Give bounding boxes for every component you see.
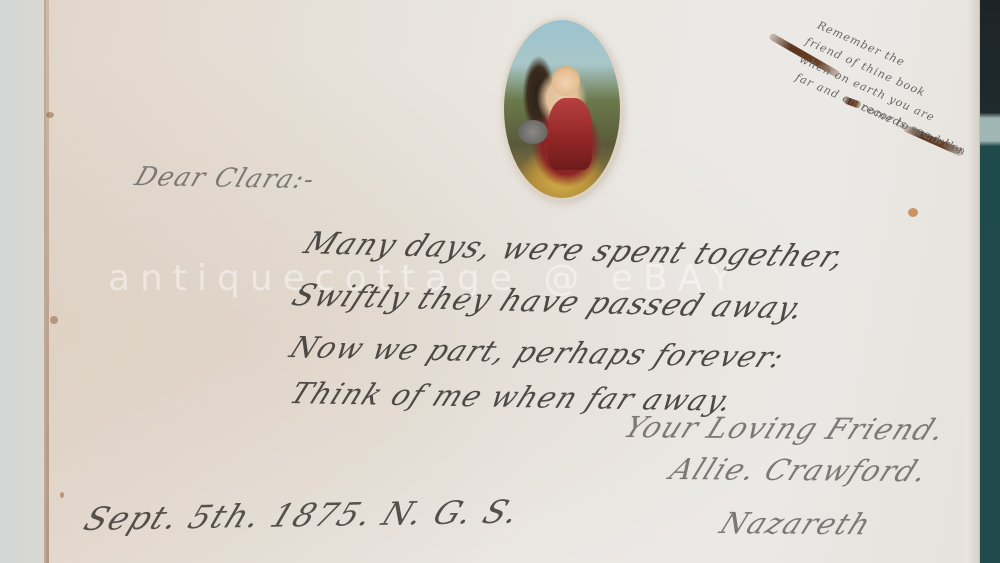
date-line: Sept. 5th. 1875. N. G. S.	[79, 492, 527, 537]
oval-illustration	[504, 20, 620, 198]
place-name: Nazareth	[715, 506, 877, 541]
salutation: Dear Clara:-	[131, 162, 320, 195]
signature: Allie. Crawford.	[665, 452, 934, 488]
verse-line: Swiftly they have passed away.	[286, 278, 811, 326]
verse-line: Many days, were spent together,	[298, 226, 852, 275]
album-page: Remember the friend of thine book when o…	[44, 0, 964, 563]
closing: Your Loving Friend.	[619, 410, 952, 447]
dog-figure	[518, 120, 548, 144]
child-figure-head	[552, 66, 580, 96]
corner-inscription: Remember the friend of thine book when o…	[766, 14, 964, 204]
stain-spot	[50, 316, 58, 324]
verse-line: Now we part, perhaps forever:	[285, 330, 791, 374]
child-figure-dress	[548, 98, 592, 170]
stain-spot	[46, 112, 54, 118]
stain-spot	[60, 492, 64, 498]
background-left	[0, 0, 46, 563]
stain-spot	[908, 208, 918, 217]
